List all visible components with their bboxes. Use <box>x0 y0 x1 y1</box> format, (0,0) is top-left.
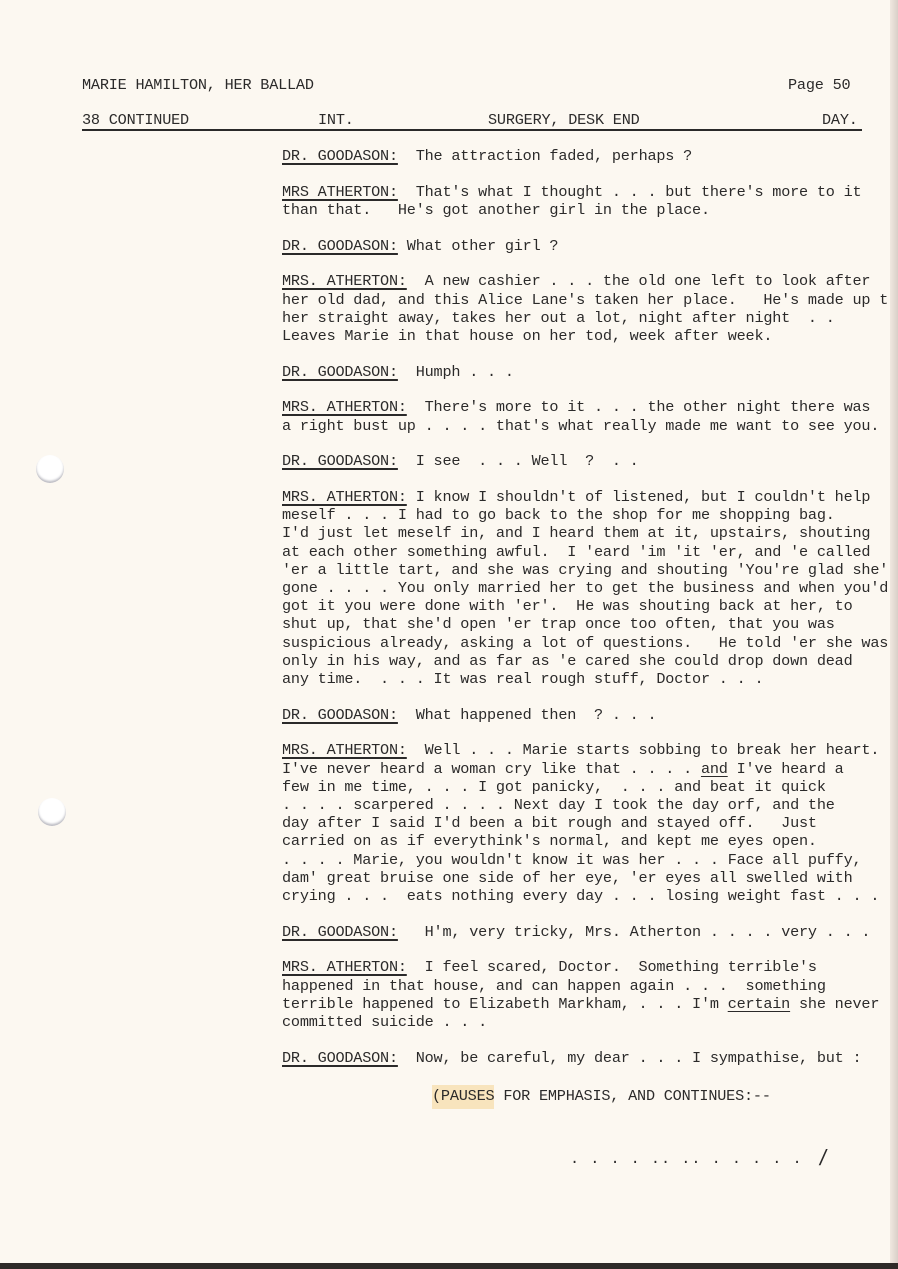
dialogue-line: I'd just let meself in, and I heard them… <box>282 524 870 542</box>
dialogue-line: I feel scared, Doctor. Something terribl… <box>407 958 817 976</box>
dialogue-line: I've never heard a woman cry like that .… <box>282 760 844 778</box>
dialogue-line: than that. He's got another girl in the … <box>282 201 710 219</box>
dialogue-block: MRS. ATHERTON: Well . . . Marie starts s… <box>282 741 898 905</box>
dialogue-line: Well . . . Marie starts sobbing to break… <box>407 741 879 759</box>
dialogue-line: . . . . Marie, you wouldn't know it was … <box>282 851 861 869</box>
emphasis: certain <box>728 995 790 1013</box>
dialogue-line: dam' great bruise one side of her eye, '… <box>282 869 853 887</box>
dialogue-line: at each other something awful. I 'eard '… <box>282 543 870 561</box>
dialogue-line: her old dad, and this Alice Lane's taken… <box>282 291 888 309</box>
dialogue-line: Now, be careful, my dear . . . I sympath… <box>398 1049 862 1067</box>
dialogue-line: only in his way, and as far as 'e cared … <box>282 652 853 670</box>
dialogue-line: I see . . . Well ? . . <box>398 452 639 470</box>
dialogue-block: MRS. ATHERTON: I know I shouldn't of lis… <box>282 488 898 688</box>
dialogue-line: A new cashier . . . the old one left to … <box>407 272 871 290</box>
scene-location: SURGERY, DESK END <box>488 111 640 129</box>
emphasis: and <box>701 760 728 778</box>
dialogue-block: DR. GOODASON: H'm, very tricky, Mrs. Ath… <box>282 923 898 941</box>
dialogue-block: DR. GOODASON: The attraction faded, perh… <box>282 147 898 165</box>
dialogue-line: That's what I thought . . . but there's … <box>398 183 862 201</box>
page-bottom-edge <box>0 1263 898 1269</box>
dialogue-line: suspicious already, asking a lot of ques… <box>282 634 888 652</box>
dialogue-line: a right bust up . . . . that's what real… <box>282 417 879 435</box>
dialogue-block: DR. GOODASON: What other girl ? <box>282 237 898 255</box>
dialogue-line: committed suicide . . . <box>282 1013 487 1031</box>
dialogue-line: There's more to it . . . the other night… <box>407 398 871 416</box>
dialogue-line: crying . . . eats nothing every day . . … <box>282 887 879 905</box>
dialogue-line: Humph . . . <box>398 363 514 381</box>
dialogue-block: DR. GOODASON: Now, be careful, my dear .… <box>282 1049 898 1067</box>
dialogue-line: carried on as if everythink's normal, an… <box>282 832 817 850</box>
dialogue-block: DR. GOODASON: Humph . . . <box>282 363 898 381</box>
header-rule <box>82 129 862 131</box>
page-number: Page 50 <box>788 76 850 94</box>
dialogue-line: day after I said I'd been a bit rough an… <box>282 814 817 832</box>
dialogue-block: DR. GOODASON: What happened then ? . . . <box>282 706 898 724</box>
dialogue-line: H'm, very tricky, Mrs. Atherton . . . . … <box>398 923 870 941</box>
script-title: MARIE HAMILTON, HER BALLAD <box>82 76 314 94</box>
dialogue-block: MRS. ATHERTON: I feel scared, Doctor. So… <box>282 958 898 1031</box>
scene-number: 38 CONTINUED <box>82 111 189 129</box>
dialogue-line: any time. . . . It was real rough stuff,… <box>282 670 763 688</box>
speaker-name: DR. GOODASON: <box>282 363 398 381</box>
speaker-name: DR. GOODASON: <box>282 1049 398 1067</box>
stage-direction-rest: FOR EMPHASIS, AND CONTINUES:-- <box>494 1087 770 1105</box>
punch-hole-top <box>36 455 64 483</box>
dialogue-line: I know I shouldn't of listened, but I co… <box>407 488 871 506</box>
dialogue-line: . . . . scarpered . . . . Next day I too… <box>282 796 835 814</box>
dialogue-line: few in me time, . . . I got panicky, . .… <box>282 778 826 796</box>
dialogue-line: The attraction faded, perhaps ? <box>398 147 692 165</box>
dialogue-block: MRS. ATHERTON: There's more to it . . . … <box>282 398 898 434</box>
speaker-name: DR. GOODASON: <box>282 706 398 724</box>
dialogue-body: DR. GOODASON: The attraction faded, perh… <box>282 147 898 1084</box>
dialogue-line: terrible happened to Elizabeth Markham, … <box>282 995 879 1013</box>
punch-hole-bottom <box>38 798 66 826</box>
speaker-name: MRS. ATHERTON: <box>282 741 407 759</box>
speaker-name: MRS. ATHERTON: <box>282 272 407 290</box>
speaker-name: DR. GOODASON: <box>282 452 398 470</box>
speaker-name: MRS. ATHERTON: <box>282 958 407 976</box>
stage-direction: (PAUSES FOR EMPHASIS, AND CONTINUES:-- <box>432 1087 771 1105</box>
dialogue-line: meself . . . I had to go back to the sho… <box>282 506 835 524</box>
dialogue-line: gone . . . . You only married her to get… <box>282 579 888 597</box>
speaker-name: DR. GOODASON: <box>282 923 398 941</box>
dialogue-line: 'er a little tart, and she was crying an… <box>282 561 888 579</box>
dialogue-line: What other girl ? <box>398 237 558 255</box>
dialogue-line: What happened then ? . . . <box>398 706 657 724</box>
handwritten-slash-mark: / <box>818 1145 829 1171</box>
dialogue-block: MRS ATHERTON: That's what I thought . . … <box>282 183 898 219</box>
speaker-name: MRS ATHERTON: <box>282 183 398 201</box>
speaker-name: MRS. ATHERTON: <box>282 488 407 506</box>
dialogue-line: her straight away, takes her out a lot, … <box>282 309 835 327</box>
dialogue-line: shut up, that she'd open 'er trap once t… <box>282 615 835 633</box>
continuation-dots: . . . . .. .. . . . . . <box>570 1150 803 1168</box>
scene-int-ext: INT. <box>318 111 354 129</box>
dialogue-line: Leaves Marie in that house on her tod, w… <box>282 327 772 345</box>
dialogue-block: MRS. ATHERTON: A new cashier . . . the o… <box>282 272 898 345</box>
scene-time: DAY. <box>822 111 858 129</box>
dialogue-line: got it you were done with 'er'. He was s… <box>282 597 853 615</box>
speaker-name: DR. GOODASON: <box>282 237 398 255</box>
dialogue-block: DR. GOODASON: I see . . . Well ? . . <box>282 452 898 470</box>
speaker-name: DR. GOODASON: <box>282 147 398 165</box>
dialogue-line: happened in that house, and can happen a… <box>282 977 826 995</box>
highlighted-text: (PAUSES <box>432 1085 494 1109</box>
speaker-name: MRS. ATHERTON: <box>282 398 407 416</box>
